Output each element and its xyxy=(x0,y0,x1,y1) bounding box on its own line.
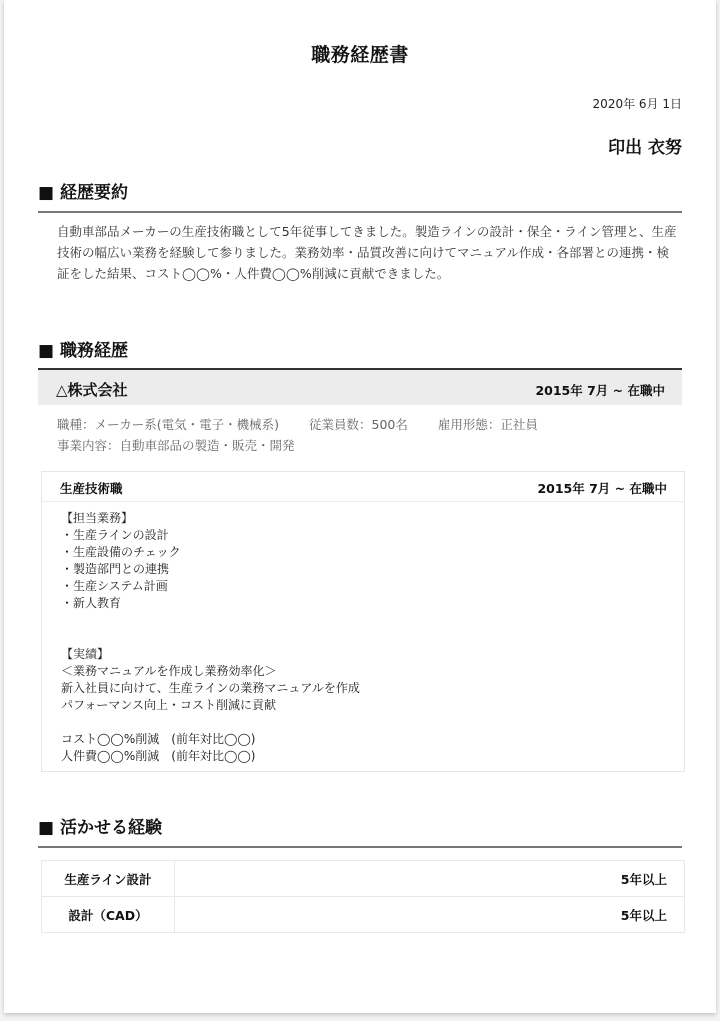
company-info: 職種：メーカー系(電気・電子・機械系) 従業員数：500名 雇用形態：正社員 事… xyxy=(57,414,677,456)
skill-years: 5年以上 xyxy=(175,861,685,897)
result-line: コスト◯◯%削減 (前年対比◯◯) xyxy=(61,731,684,748)
summary-divider xyxy=(38,211,682,213)
skills-table: 生産ライン設計 5年以上 設計（CAD） 5年以上 xyxy=(41,860,685,933)
company-business: 事業内容：自動車部品の製造・販売・開発 xyxy=(57,435,677,456)
career-heading: ■ 職務経歴 xyxy=(38,336,128,361)
job-header: 生産技術職 2015年 7月 ~ 在職中 xyxy=(42,472,684,502)
document-date: 2020年 6月 1日 xyxy=(593,95,682,112)
company-header: △株式会社 2015年 7月 ~ 在職中 xyxy=(38,368,682,405)
job-title: 生産技術職 xyxy=(60,479,123,497)
result-line: 人件費◯◯%削減 (前年対比◯◯) xyxy=(61,748,684,765)
company-name: △株式会社 xyxy=(56,379,128,400)
company-job-type: 職種：メーカー系(電気・電子・機械系) xyxy=(57,417,279,432)
achievements-heading: 【実績】 xyxy=(61,646,684,663)
duty-item: ・生産システム計画 xyxy=(61,578,684,595)
skill-name: 設計（CAD） xyxy=(42,897,175,933)
duties-heading: 【担当業務】 xyxy=(61,510,684,527)
table-row: 設計（CAD） 5年以上 xyxy=(42,897,685,933)
company-employment: 雇用形態：正社員 xyxy=(438,417,538,432)
duty-item: ・新人教育 xyxy=(61,595,684,612)
table-row: 生産ライン設計 5年以上 xyxy=(42,861,685,897)
job-period: 2015年 7月 ~ 在職中 xyxy=(537,479,667,497)
achievement-line: パフォーマンス向上・コスト削減に貢献 xyxy=(61,697,684,714)
skills-divider xyxy=(38,846,682,848)
company-period: 2015年 7月 ~ 在職中 xyxy=(535,381,665,399)
skill-years: 5年以上 xyxy=(175,897,685,933)
duty-item: ・生産ラインの設計 xyxy=(61,527,684,544)
job-body: 【担当業務】 ・生産ラインの設計 ・生産設備のチェック ・製造部門との連携 ・生… xyxy=(42,502,684,765)
duty-item: ・製造部門との連携 xyxy=(61,561,684,578)
applicant-name: 印出 衣努 xyxy=(608,133,682,158)
summary-heading: ■ 経歴要約 xyxy=(38,178,128,203)
skill-name: 生産ライン設計 xyxy=(42,861,175,897)
job-card: 生産技術職 2015年 7月 ~ 在職中 【担当業務】 ・生産ラインの設計 ・生… xyxy=(41,471,685,772)
document-title: 職務経歴書 xyxy=(4,40,716,67)
company-employees: 従業員数：500名 xyxy=(309,417,408,432)
duty-item: ・生産設備のチェック xyxy=(61,544,684,561)
summary-text: 自動車部品メーカーの生産技術職として5年従事してきました。製造ラインの設計・保全… xyxy=(57,221,677,284)
skills-heading: ■ 活かせる経験 xyxy=(38,813,162,838)
achievement-line: 新入社員に向けて、生産ラインの業務マニュアルを作成 xyxy=(61,680,684,697)
resume-sheet: 職務経歴書 2020年 6月 1日 印出 衣努 ■ 経歴要約 自動車部品メーカー… xyxy=(4,0,716,1013)
achievement-title: ＜業務マニュアルを作成し業務効率化＞ xyxy=(61,663,684,680)
